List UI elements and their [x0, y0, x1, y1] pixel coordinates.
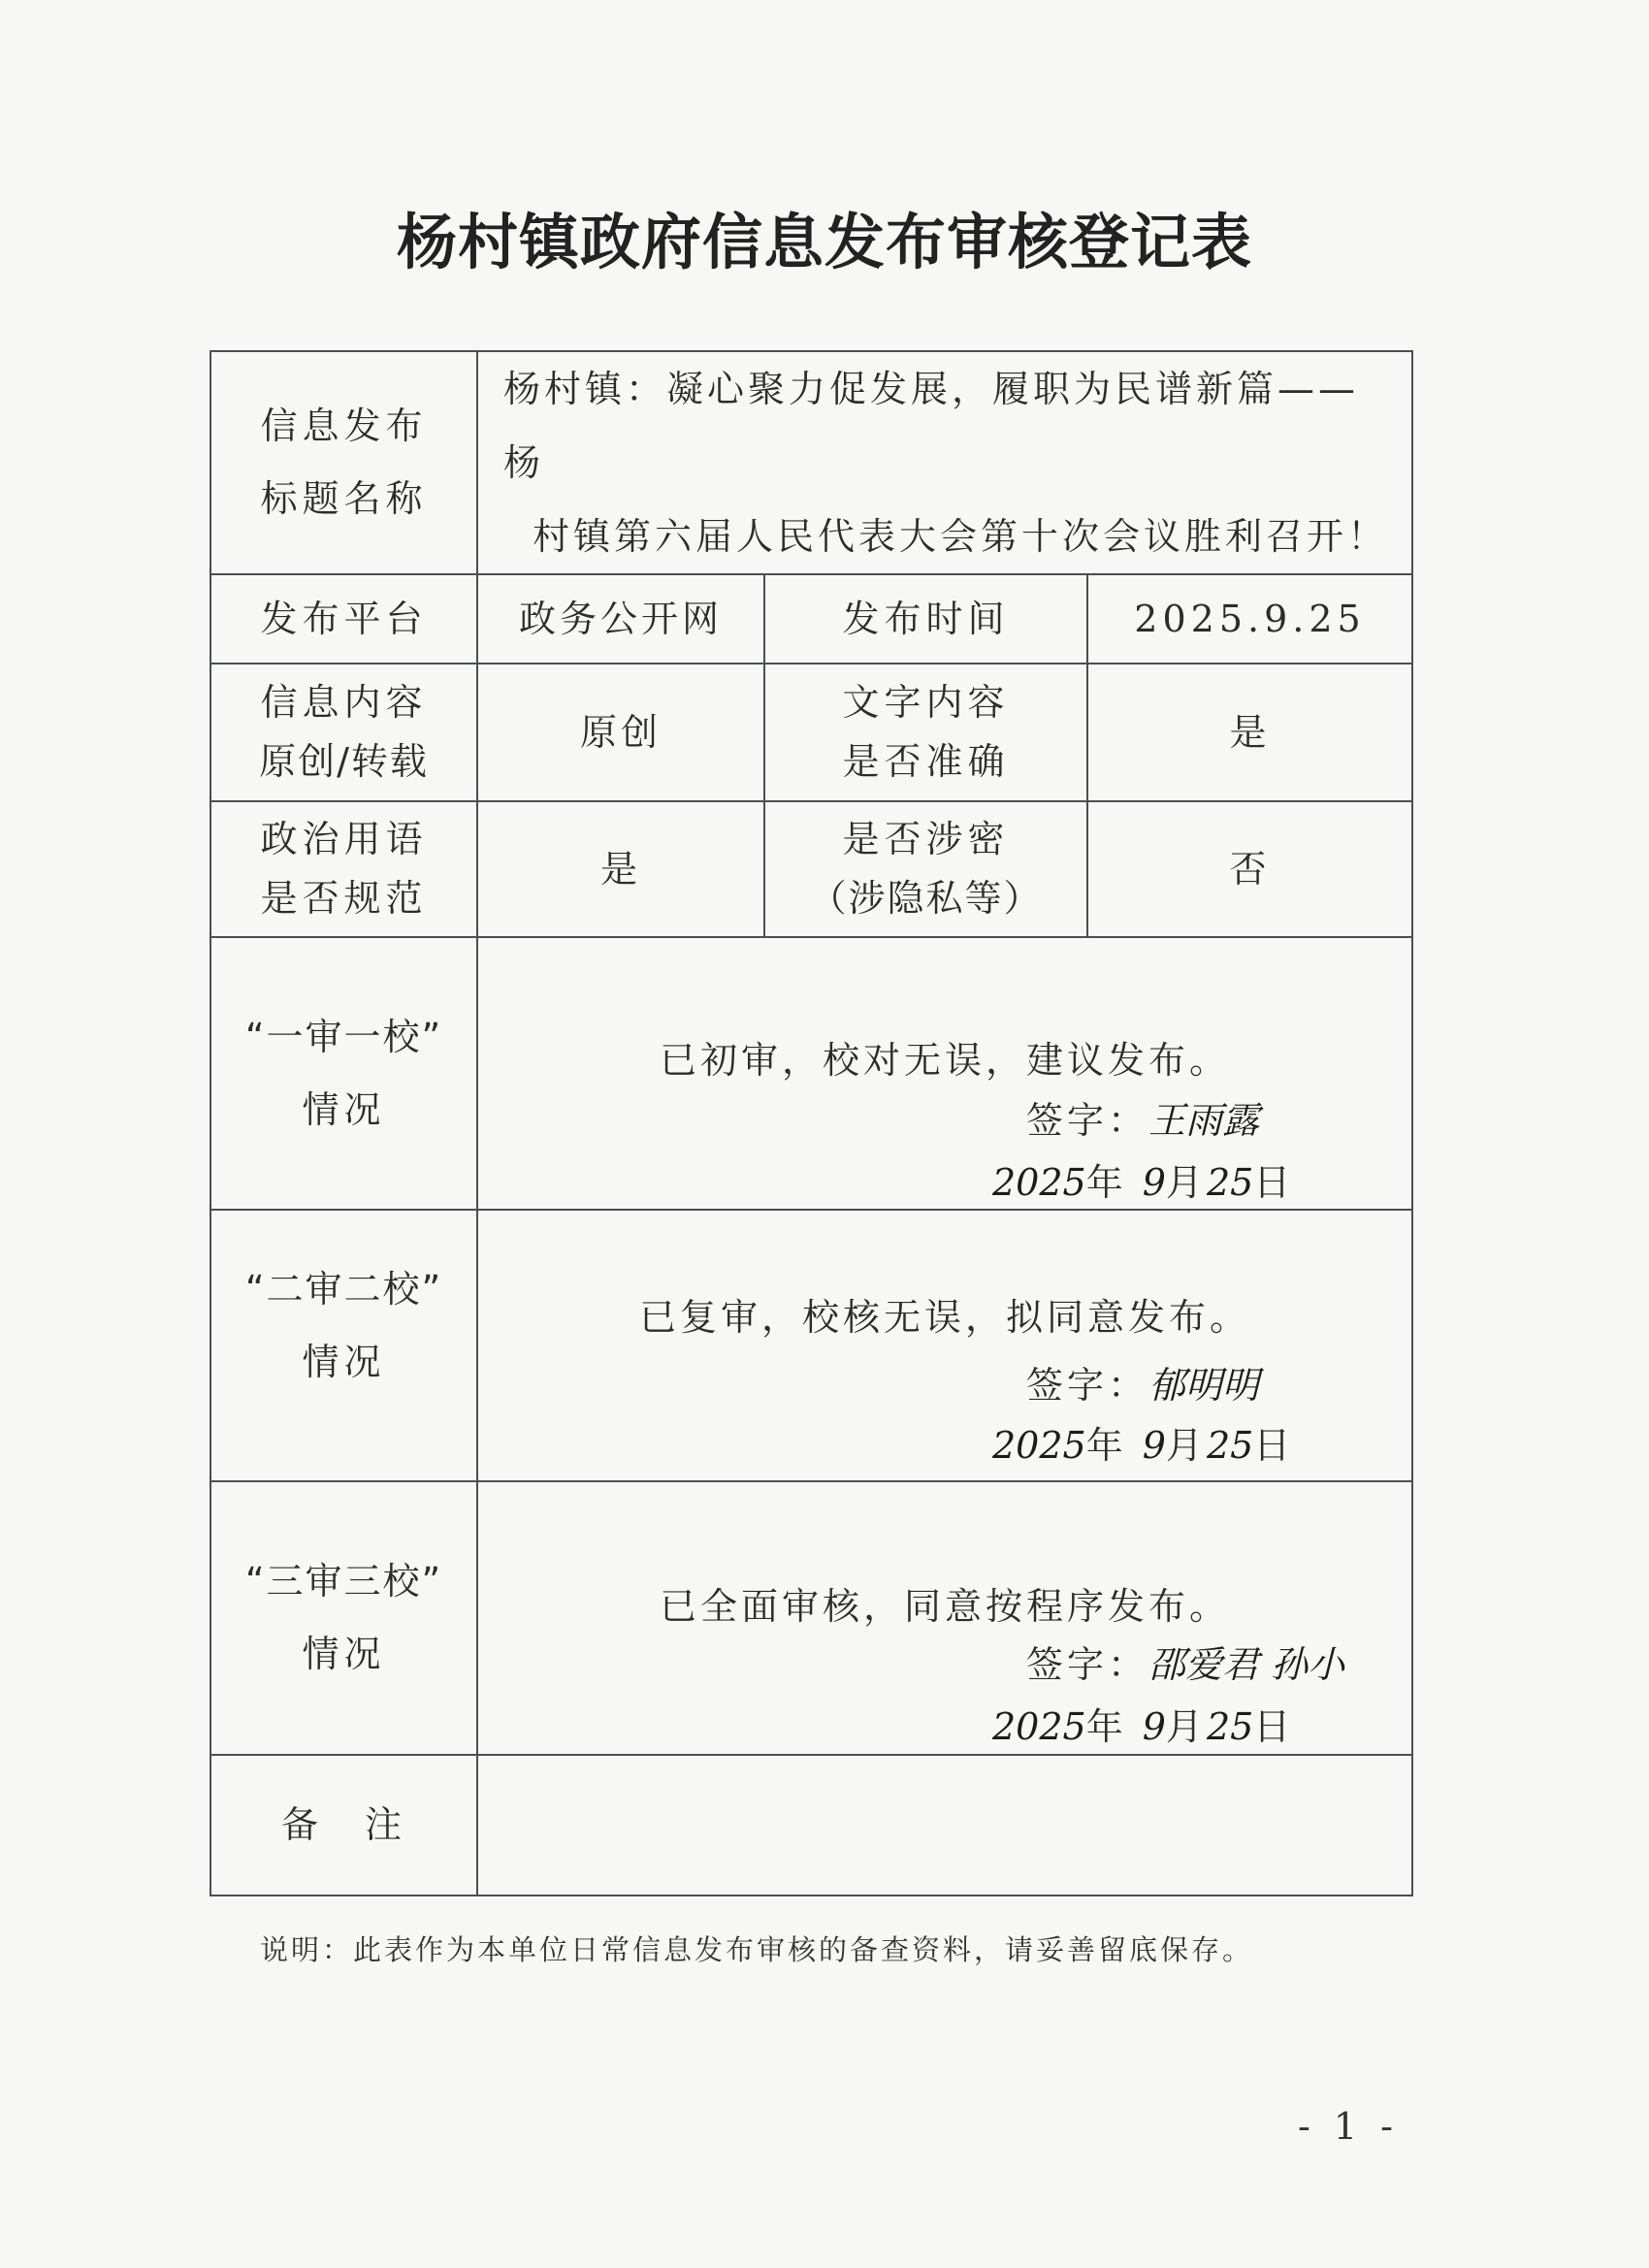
review-3-comment: 已全面审核，同意按程序发布。 — [478, 1577, 1411, 1636]
review-1-content-cell: 已初审，校对无误，建议发布。 签字：王雨露 2025年9月25日 — [477, 937, 1412, 1210]
review-2-content-cell: 已复审，校核无误，拟同意发布。 签字：郁明明 2025年9月25日 — [477, 1210, 1412, 1481]
review-1-date: 2025年9月25日 — [992, 1153, 1294, 1213]
review-1-label-line2: 情况 — [211, 1081, 476, 1140]
review-1-label-cell: “一审一校” 情况 — [210, 937, 477, 1210]
review-3-date: 2025年9月25日 — [992, 1698, 1294, 1757]
platform-label: 发布平台 — [210, 574, 477, 664]
review-row-3: “三审三校” 情况 已全面审核，同意按程序发布。 签字：邵爱君 孙小 2025年… — [210, 1481, 1412, 1755]
original-row: 信息内容 原创/转载 原创 文字内容 是否准确 是 — [210, 664, 1412, 801]
secret-label-cell: 是否涉密 （涉隐私等） — [764, 801, 1087, 937]
review-3-sign-label: 签字： — [1026, 1643, 1148, 1686]
platform-value: 政务公开网 — [477, 574, 764, 664]
review-2-label-cell: “二审二校” 情况 — [210, 1210, 477, 1481]
review-2-date: 2025年9月25日 — [992, 1416, 1294, 1475]
accuracy-label-line1: 文字内容 — [765, 673, 1086, 732]
review-2-label-line2: 情况 — [211, 1333, 476, 1392]
review-3-signature: 邵爱君 孙小 — [1148, 1643, 1344, 1686]
review-2-sign-label: 签字： — [1026, 1364, 1148, 1407]
review-3-label-line2: 情况 — [211, 1625, 476, 1684]
review-1-signature-line: 签字：王雨露 — [1026, 1091, 1259, 1150]
political-label-line1: 政治用语 — [211, 810, 476, 869]
accuracy-label-cell: 文字内容 是否准确 — [764, 664, 1087, 801]
publish-time-label: 发布时间 — [764, 574, 1087, 664]
review-3-label-line1: “三审三校” — [211, 1552, 476, 1611]
footnote: 说明：此表作为本单位日常信息发布审核的备查资料，请妥善留底保存。 — [260, 1928, 1253, 1968]
political-row: 政治用语 是否规范 是 是否涉密 （涉隐私等） 否 — [210, 801, 1412, 937]
political-value: 是 — [477, 801, 764, 937]
remarks-value — [477, 1755, 1412, 1895]
review-1-label-line1: “一审一校” — [211, 1008, 476, 1067]
review-1-comment: 已初审，校对无误，建议发布。 — [478, 1031, 1411, 1090]
accuracy-label-line2: 是否准确 — [765, 732, 1086, 792]
review-2-label-line1: “二审二校” — [211, 1260, 476, 1319]
review-3-label-cell: “三审三校” 情况 — [210, 1481, 477, 1755]
review-3-signature-line: 签字：邵爱君 孙小 — [1026, 1636, 1344, 1695]
original-value: 原创 — [477, 664, 764, 801]
original-label-line1: 信息内容 — [211, 673, 476, 732]
review-2-comment: 已复审，校核无误，拟同意发布。 — [478, 1288, 1411, 1347]
political-label-cell: 政治用语 是否规范 — [210, 801, 477, 937]
page-number: - 1 - — [1298, 2105, 1399, 2148]
review-row-1: “一审一校” 情况 已初审，校对无误，建议发布。 签字：王雨露 2025年9月2… — [210, 937, 1412, 1210]
title-label-line1: 信息发布 — [211, 397, 476, 456]
remarks-label: 备 注 — [210, 1755, 477, 1895]
secret-label-line1: 是否涉密 — [765, 810, 1086, 869]
original-label-cell: 信息内容 原创/转载 — [210, 664, 477, 801]
review-2-signature-line: 签字：郁明明 — [1026, 1356, 1259, 1415]
original-label-line2: 原创/转载 — [211, 732, 476, 792]
title-label-cell: 信息发布 标题名称 — [210, 351, 477, 574]
title-row: 信息发布 标题名称 杨村镇：凝心聚力促发展，履职为民谱新篇——杨 村镇第六届人民… — [210, 351, 1412, 574]
secret-label-line2: （涉隐私等） — [765, 869, 1086, 928]
title-value-line1: 杨村镇：凝心聚力促发展，履职为民谱新篇——杨 — [503, 352, 1392, 500]
accuracy-value: 是 — [1087, 664, 1412, 801]
secret-value: 否 — [1087, 801, 1412, 937]
title-value-line2: 村镇第六届人民代表大会第十次会议胜利召开！ — [503, 500, 1392, 573]
review-3-content-cell: 已全面审核，同意按程序发布。 签字：邵爱君 孙小 2025年9月25日 — [477, 1481, 1412, 1755]
registration-form-table: 信息发布 标题名称 杨村镇：凝心聚力促发展，履职为民谱新篇——杨 村镇第六届人民… — [210, 350, 1413, 1896]
title-value-cell: 杨村镇：凝心聚力促发展，履职为民谱新篇——杨 村镇第六届人民代表大会第十次会议胜… — [477, 351, 1412, 574]
review-2-signature: 郁明明 — [1148, 1364, 1259, 1407]
review-row-2: “二审二校” 情况 已复审，校核无误，拟同意发布。 签字：郁明明 2025年9月… — [210, 1210, 1412, 1481]
political-label-line2: 是否规范 — [211, 869, 476, 928]
title-label-line2: 标题名称 — [211, 470, 476, 529]
publish-time-value: 2025.9.25 — [1087, 574, 1412, 664]
review-1-signature: 王雨露 — [1148, 1099, 1259, 1142]
review-1-sign-label: 签字： — [1026, 1099, 1148, 1142]
remarks-row: 备 注 — [210, 1755, 1412, 1895]
page-title: 杨村镇政府信息发布审核登记表 — [0, 194, 1649, 280]
platform-row: 发布平台 政务公开网 发布时间 2025.9.25 — [210, 574, 1412, 664]
